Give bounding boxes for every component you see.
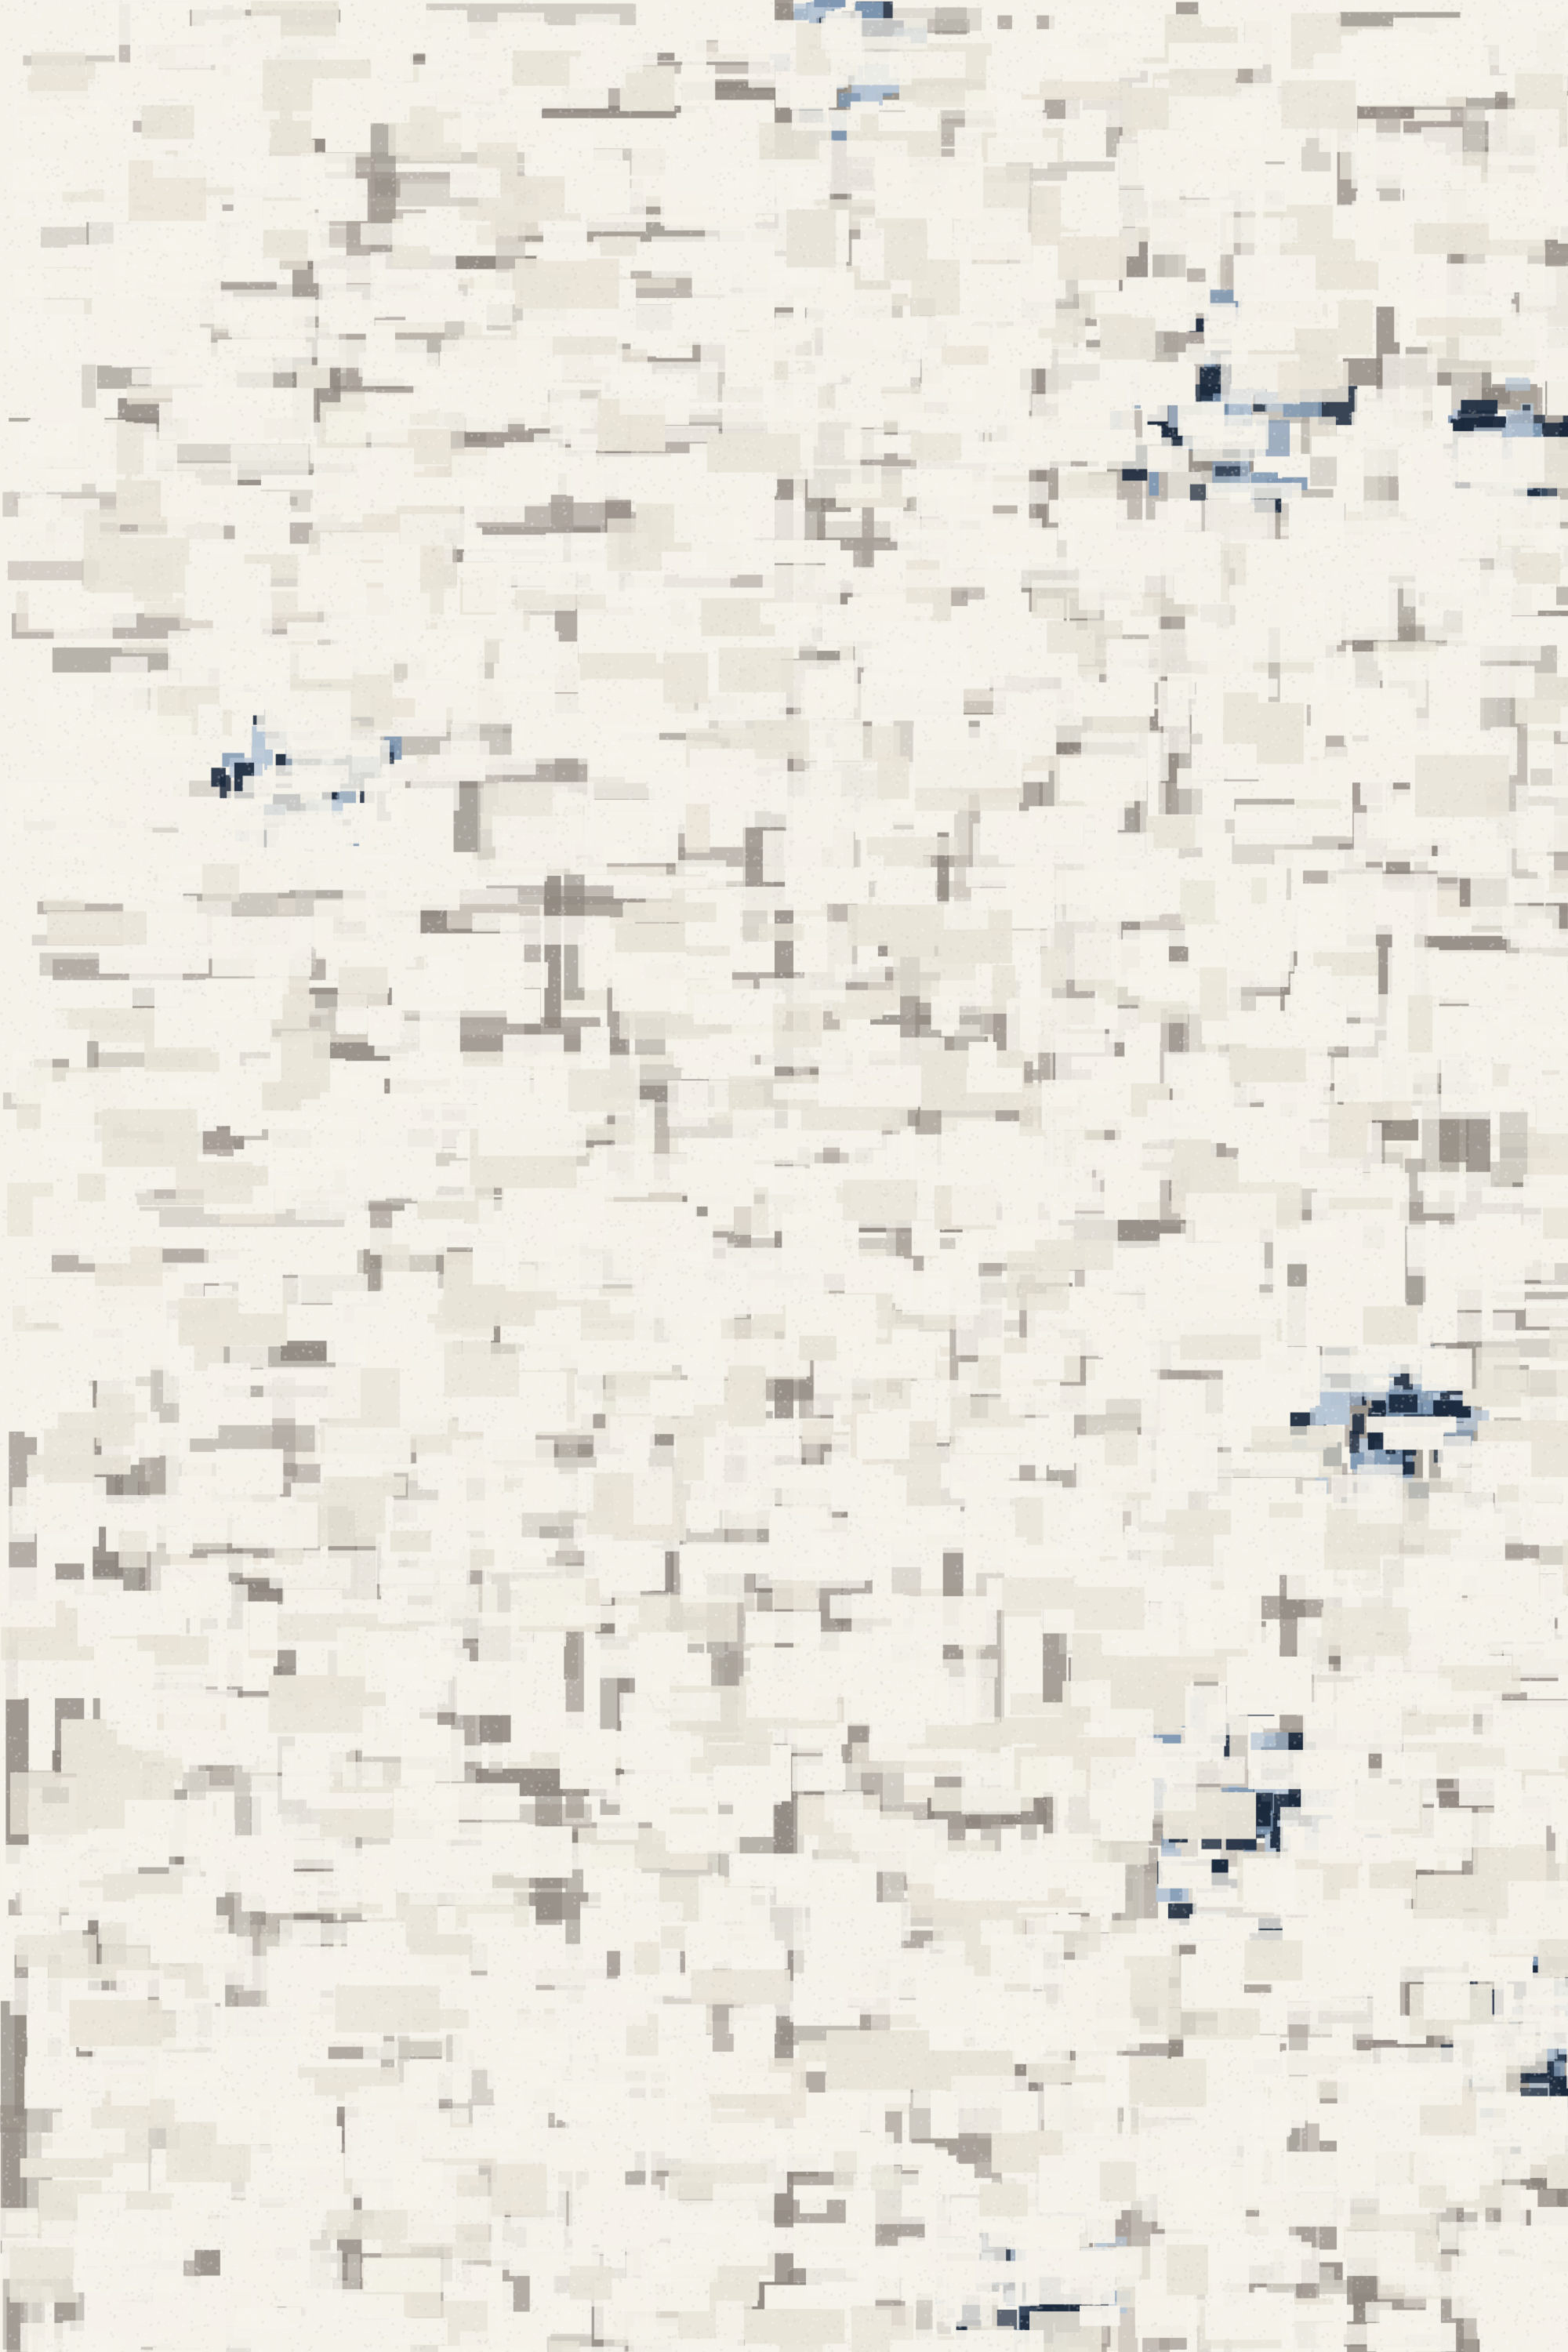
rug-texture-canvas — [0, 0, 1568, 2352]
rug-texture-photo — [0, 0, 1568, 2352]
